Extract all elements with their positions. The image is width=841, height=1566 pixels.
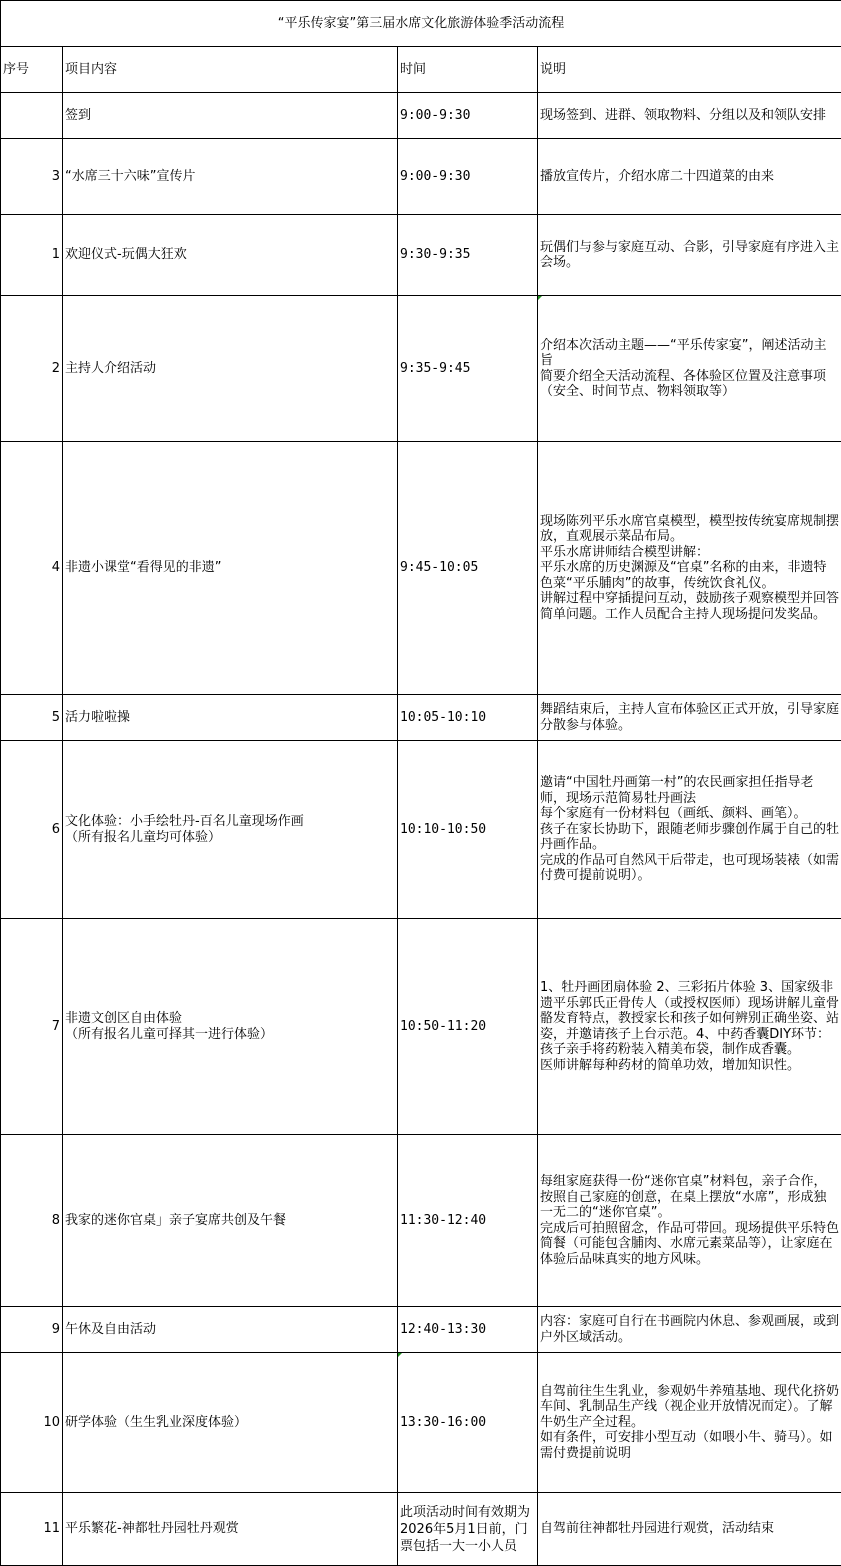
cell-time[interactable]: 9:35-9:45: [398, 296, 538, 442]
cell-desc[interactable]: 邀请“中国牡丹画第一村”的农民画家担任指导老师，现场示范简易牡丹画法 每个家庭有…: [538, 741, 841, 919]
cell-time[interactable]: 11:30-12:40: [398, 1135, 538, 1307]
table-row: 8 我家的迷你官桌」亲子宴席共创及午餐 11:30-12:40 每组家庭获得一份…: [1, 1135, 841, 1307]
title-row: “平乐传家宴”第三届水席文化旅游体验季活动流程: [1, 1, 841, 47]
cell-no[interactable]: 7: [1, 919, 63, 1135]
header-time[interactable]: 时间: [398, 47, 538, 93]
cell-time[interactable]: 9:00-9:30: [398, 139, 538, 215]
table-row: 签到 9:00-9:30 现场签到、进群、领取物料、分组以及和领队安排: [1, 93, 841, 139]
cell-item[interactable]: 文化体验：小手绘牡丹-百名儿童现场作画 （所有报名儿童均可体验）: [63, 741, 398, 919]
cell-no[interactable]: 5: [1, 695, 63, 741]
table-row: 10 研学体验（生生乳业深度体验） 13:30-16:00 自驾前往生生乳业，参…: [1, 1353, 841, 1493]
cell-time[interactable]: 9:30-9:35: [398, 215, 538, 296]
cell-desc[interactable]: 现场签到、进群、领取物料、分组以及和领队安排: [538, 93, 841, 139]
cell-time[interactable]: 13:30-16:00: [398, 1353, 538, 1493]
table-row: 7 非遗文创区自由体验 （所有报名儿童可择其一进行体验） 10:50-11:20…: [1, 919, 841, 1135]
cell-item[interactable]: 平乐繁花-神都牡丹园牡丹观赏: [63, 1493, 398, 1566]
cell-item[interactable]: 研学体验（生生乳业深度体验）: [63, 1353, 398, 1493]
cell-no[interactable]: 6: [1, 741, 63, 919]
table-row: 5 活力啦啦操 10:05-10:10 舞蹈结束后，主持人宣布体验区正式开放，引…: [1, 695, 841, 741]
cell-item[interactable]: 活力啦啦操: [63, 695, 398, 741]
cell-no[interactable]: 1: [1, 215, 63, 296]
cell-no[interactable]: 4: [1, 442, 63, 695]
cell-desc[interactable]: 播放宣传片，介绍水席二十四道菜的由来: [538, 139, 841, 215]
header-no[interactable]: 序号: [1, 47, 63, 93]
sheet-title[interactable]: “平乐传家宴”第三届水席文化旅游体验季活动流程: [1, 1, 841, 47]
table-row: 9 午休及自由活动 12:40-13:30 内容：家庭可自行在书画院内休息、参观…: [1, 1307, 841, 1353]
cell-no[interactable]: 3: [1, 139, 63, 215]
cell-item[interactable]: 午休及自由活动: [63, 1307, 398, 1353]
cell-time[interactable]: 10:10-10:50: [398, 741, 538, 919]
cell-no[interactable]: 9: [1, 1307, 63, 1353]
table-row: 3 “水席三十六味”宣传片 9:00-9:30 播放宣传片，介绍水席二十四道菜的…: [1, 139, 841, 215]
cell-item[interactable]: 我家的迷你官桌」亲子宴席共创及午餐: [63, 1135, 398, 1307]
cell-desc[interactable]: 舞蹈结束后，主持人宣布体验区正式开放，引导家庭分散参与体验。: [538, 695, 841, 741]
cell-desc[interactable]: 玩偶们与参与家庭互动、合影，引导家庭有序进入主会场。: [538, 215, 841, 296]
cell-time[interactable]: 10:50-11:20: [398, 919, 538, 1135]
header-item[interactable]: 项目内容: [63, 47, 398, 93]
cell-time[interactable]: 此项活动时间有效期为2026年5月1日前，门票包括一大一小人员: [398, 1493, 538, 1566]
cell-desc[interactable]: 内容：家庭可自行在书画院内休息、参观画展，或到户外区域活动。: [538, 1307, 841, 1353]
comment-marker-icon[interactable]: [398, 1353, 402, 1357]
cell-item[interactable]: 欢迎仪式-玩偶大狂欢: [63, 215, 398, 296]
cell-desc[interactable]: 每组家庭获得一份“迷你官桌”材料包，亲子合作，按照自己家庭的创意，在桌上摆放“水…: [538, 1135, 841, 1307]
cell-time[interactable]: 9:00-9:30: [398, 93, 538, 139]
cell-no[interactable]: [1, 93, 63, 139]
cell-desc[interactable]: 介绍本次活动主题——“平乐传家宴”，阐述活动主旨 简要介绍全天活动流程、各体验区…: [538, 296, 841, 442]
cell-desc[interactable]: 自驾前往生生乳业，参观奶牛养殖基地、现代化挤奶车间、乳制品生产线（视企业开放情况…: [538, 1353, 841, 1493]
cell-item[interactable]: 签到: [63, 93, 398, 139]
activity-schedule-table: “平乐传家宴”第三届水席文化旅游体验季活动流程 序号 项目内容 时间 说明 签到…: [0, 0, 841, 1566]
table-row: 2 主持人介绍活动 9:35-9:45 介绍本次活动主题——“平乐传家宴”，阐述…: [1, 296, 841, 442]
cell-time[interactable]: 10:05-10:10: [398, 695, 538, 741]
cell-no[interactable]: 11: [1, 1493, 63, 1566]
table-row: 1 欢迎仪式-玩偶大狂欢 9:30-9:35 玩偶们与参与家庭互动、合影，引导家…: [1, 215, 841, 296]
cell-time[interactable]: 9:45-10:05: [398, 442, 538, 695]
table-row: 11 平乐繁花-神都牡丹园牡丹观赏 此项活动时间有效期为2026年5月1日前，门…: [1, 1493, 841, 1566]
table-row: 4 非遗小课堂“看得见的非遗” 9:45-10:05 现场陈列平乐水席官桌模型，…: [1, 442, 841, 695]
cell-desc[interactable]: 现场陈列平乐水席官桌模型，模型按传统宴席规制摆放，直观展示菜品布局。 平乐水席讲…: [538, 442, 841, 695]
cell-time[interactable]: 12:40-13:30: [398, 1307, 538, 1353]
cell-no[interactable]: 2: [1, 296, 63, 442]
cell-desc-text: 介绍本次活动主题——“平乐传家宴”，阐述活动主旨 简要介绍全天活动流程、各体验区…: [540, 338, 826, 400]
cell-desc[interactable]: 1、牡丹画团扇体验 2、三彩拓片体验 3、国家级非遗平乐郭氏正骨传人（或授权医师…: [538, 919, 841, 1135]
cell-item[interactable]: 非遗小课堂“看得见的非遗”: [63, 442, 398, 695]
comment-marker-icon[interactable]: [538, 296, 542, 300]
cell-item[interactable]: 主持人介绍活动: [63, 296, 398, 442]
header-desc[interactable]: 说明: [538, 47, 841, 93]
cell-no[interactable]: 10: [1, 1353, 63, 1493]
cell-desc[interactable]: 自驾前往神都牡丹园进行观赏，活动结束: [538, 1493, 841, 1566]
cell-time-text: 13:30-16:00: [400, 1415, 486, 1430]
cell-item[interactable]: 非遗文创区自由体验 （所有报名儿童可择其一进行体验）: [63, 919, 398, 1135]
header-row: 序号 项目内容 时间 说明: [1, 47, 841, 93]
cell-item[interactable]: “水席三十六味”宣传片: [63, 139, 398, 215]
cell-no[interactable]: 8: [1, 1135, 63, 1307]
table-row: 6 文化体验：小手绘牡丹-百名儿童现场作画 （所有报名儿童均可体验） 10:10…: [1, 741, 841, 919]
